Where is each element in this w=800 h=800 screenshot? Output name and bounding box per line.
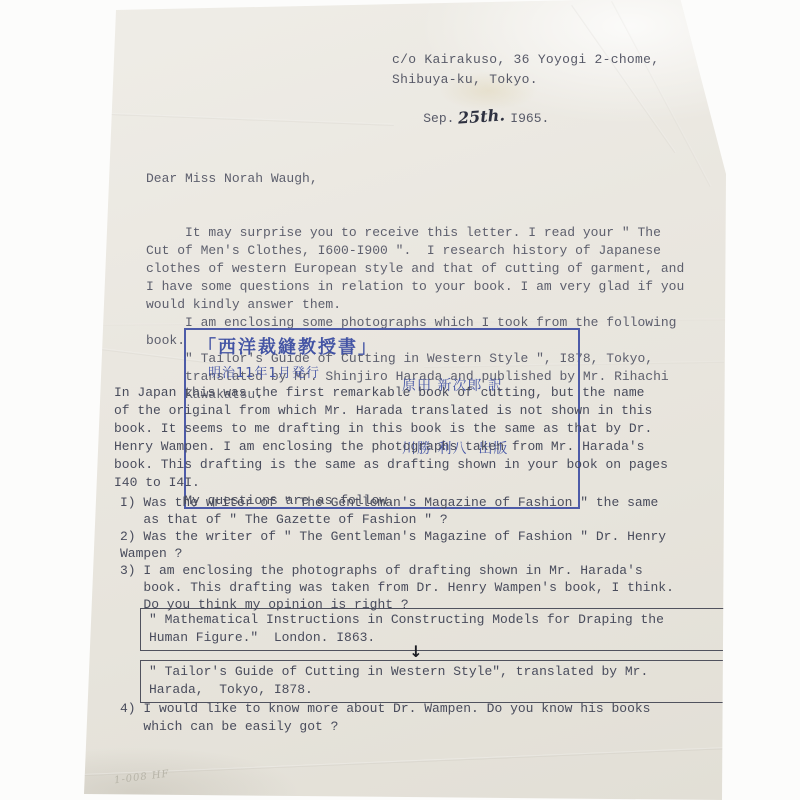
letter-line: Cut of Men's Clothes, I600-I900 ". I res…: [146, 242, 684, 260]
japanese-book-title: 「西洋裁縫教授書」: [198, 333, 378, 359]
paper-crease: [84, 112, 394, 126]
letter-line: clothes of western European style and th…: [146, 260, 684, 278]
down-arrow: ↓: [384, 642, 448, 661]
question-line: as that of " The Gazette of Fashion " ?: [120, 511, 674, 528]
letter-paper: c/o Kairakuso, 36 Yoyogi 2-chome,Shibuya…: [84, 0, 726, 800]
letter-line: Henry Wampen. I am enclosing the photogr…: [114, 438, 668, 456]
question-line: I) Was the writer of " The Gentleman's M…: [120, 494, 674, 511]
citation-line: " Tailor's Guide of Cutting in Western S…: [149, 663, 725, 681]
handwritten-day: 25th.: [458, 106, 506, 127]
citation-line: " Mathematical Instructions in Construct…: [149, 611, 725, 629]
letter-line: book. It seems to me drafting in this bo…: [114, 420, 668, 438]
harada-citation-box: " Tailor's Guide of Cutting in Western S…: [140, 660, 730, 703]
letter-line: It may surprise you to receive this lett…: [146, 224, 684, 242]
main-paragraph-block: In Japan this was the first remarkable b…: [114, 384, 668, 510]
questions-block: I) Was the writer of " The Gentleman's M…: [120, 494, 674, 613]
letter-line: book. This drafting is the same as draft…: [114, 456, 668, 474]
letter-line: of the original from which Mr. Harada tr…: [114, 402, 668, 420]
paper-crease: [84, 747, 726, 776]
date-year: I965.: [510, 111, 549, 126]
question-line: 2) Was the writer of " The Gentleman's M…: [120, 528, 674, 545]
sender-address-block: c/o Kairakuso, 36 Yoyogi 2-chome,Shibuya…: [392, 50, 659, 90]
japanese-publication-date: 明治11年1月発行: [208, 362, 378, 381]
question4-block: 4) I would like to know more about Dr. W…: [120, 700, 651, 736]
question-line: Wampen ?: [120, 545, 674, 562]
question-line: which can be easily got ?: [120, 718, 651, 736]
pencil-catalog-code: 1-008 HF: [114, 769, 171, 787]
question-line: 3) I am enclosing the photographs of dra…: [120, 562, 674, 579]
date-month: Sep.: [423, 111, 454, 126]
salutation: Dear Miss Norah Waugh,: [146, 170, 684, 188]
letter-line: would kindly answer them.: [146, 296, 684, 314]
question-line: book. This drafting was taken from Dr. H…: [120, 579, 674, 596]
letter-line: I have some questions in relation to you…: [146, 278, 684, 296]
letter-line: In Japan this was the first remarkable b…: [114, 384, 668, 402]
question-line: 4) I would like to know more about Dr. W…: [120, 700, 651, 718]
citation-line: Harada, Tokyo, I878.: [149, 681, 725, 699]
letter-line: I40 to I4I.: [114, 474, 668, 492]
address-line: c/o Kairakuso, 36 Yoyogi 2-chome,: [392, 50, 659, 70]
address-line: Shibuya-ku, Tokyo.: [392, 70, 659, 90]
